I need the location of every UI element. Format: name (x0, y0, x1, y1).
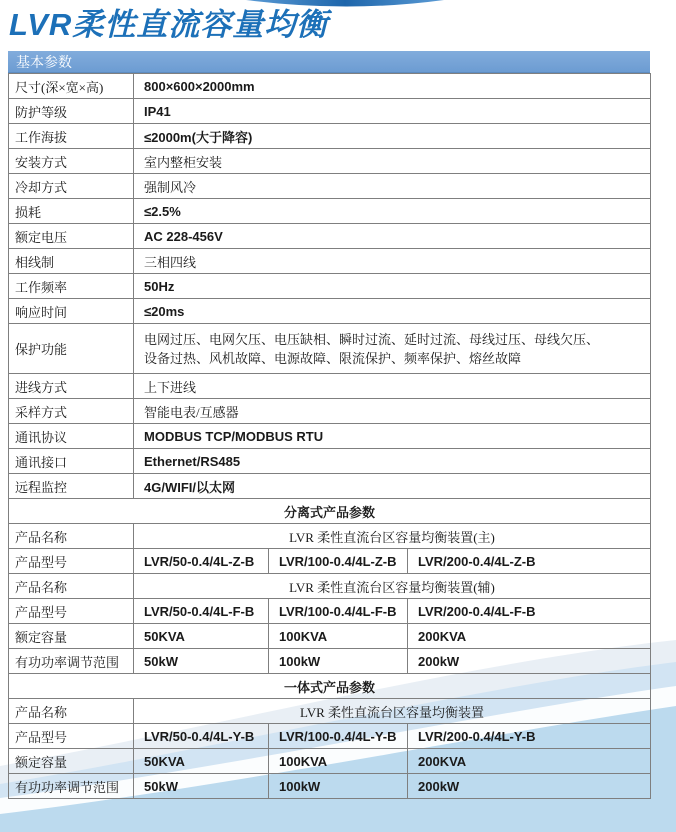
capacity-cell: 200KVA (408, 749, 651, 774)
row-label: 相线制 (9, 249, 134, 274)
model-cell: LVR/50-0.4/4L-Z-B (134, 549, 269, 574)
capacity-cell: 100KVA (269, 749, 408, 774)
table-row-product-name-aux: 产品名称 LVR 柔性直流台区容量均衡装置(辅) (9, 574, 651, 599)
table-row-frequency: 工作频率 50Hz (9, 274, 651, 299)
table-row-remote-monitoring: 远程监控 4G/WIFI/以太网 (9, 474, 651, 499)
table-row-power-range-separate: 有功功率调节范围 50kW 100kW 200kW (9, 649, 651, 674)
row-value: 智能电表/互感器 (134, 399, 651, 424)
table-row-altitude: 工作海拔 ≤2000m(大于降容) (9, 124, 651, 149)
row-label: 产品名称 (9, 574, 134, 599)
table-row-comm-interface: 通讯接口 Ethernet/RS485 (9, 449, 651, 474)
row-value: 50Hz (134, 274, 651, 299)
table-row-protection-functions: 保护功能 电网过压、电网欠压、电压缺相、瞬时过流、延时过流、母线过压、母线欠压、… (9, 324, 651, 374)
table-row-power-range-integrated: 有功功率调节范围 50kW 100kW 200kW (9, 774, 651, 799)
table-row-rated-voltage: 额定电压 AC 228-456V (9, 224, 651, 249)
table-row-model-integrated: 产品型号 LVR/50-0.4/4L-Y-B LVR/100-0.4/4L-Y-… (9, 724, 651, 749)
power-cell: 100kW (269, 649, 408, 674)
capacity-cell: 100KVA (269, 624, 408, 649)
row-value: Ethernet/RS485 (134, 449, 651, 474)
table-row-cooling: 冷却方式 强制风冷 (9, 174, 651, 199)
row-label: 保护功能 (9, 324, 134, 374)
row-value: 4G/WIFI/以太网 (134, 474, 651, 499)
row-label: 损耗 (9, 199, 134, 224)
row-label: 响应时间 (9, 299, 134, 324)
row-value: 强制风冷 (134, 174, 651, 199)
table-row-installation: 安装方式 室内整柜安装 (9, 149, 651, 174)
power-cell: 200kW (408, 774, 651, 799)
row-label: 远程监控 (9, 474, 134, 499)
row-label: 额定电压 (9, 224, 134, 249)
table-row-product-name-integrated: 产品名称 LVR 柔性直流台区容量均衡装置 (9, 699, 651, 724)
protection-line-1: 电网过压、电网欠压、电压缺相、瞬时过流、延时过流、母线过压、母线欠压、 (144, 330, 646, 349)
row-label: 有功功率调节范围 (9, 649, 134, 674)
row-label: 通讯协议 (9, 424, 134, 449)
table-row-dimensions: 尺寸(深×宽×高) 800×600×2000mm (9, 74, 651, 99)
section-header-row-separate: 分离式产品参数 (9, 499, 651, 524)
section-title: 分离式产品参数 (9, 499, 651, 524)
row-label: 产品型号 (9, 549, 134, 574)
model-cell: LVR/200-0.4/4L-Z-B (408, 549, 651, 574)
table-row-loss: 损耗 ≤2.5% (9, 199, 651, 224)
row-label: 产品型号 (9, 599, 134, 624)
basic-params-header-bar: 基本参数 (8, 51, 650, 73)
model-cell: LVR/100-0.4/4L-F-B (269, 599, 408, 624)
row-value: IP41 (134, 99, 651, 124)
row-label: 产品名称 (9, 524, 134, 549)
row-value: ≤20ms (134, 299, 651, 324)
row-label: 产品型号 (9, 724, 134, 749)
row-value: ≤2.5% (134, 199, 651, 224)
power-cell: 100kW (269, 774, 408, 799)
datasheet-page: LVR柔性直流容量均衡 基本参数 尺寸(深×宽×高) 800×600×2000m… (0, 0, 676, 832)
section-title: 一体式产品参数 (9, 674, 651, 699)
row-value: ≤2000m(大于降容) (134, 124, 651, 149)
power-cell: 50kW (134, 649, 269, 674)
row-value: 800×600×2000mm (134, 74, 651, 99)
row-label: 尺寸(深×宽×高) (9, 74, 134, 99)
section-header-row-integrated: 一体式产品参数 (9, 674, 651, 699)
row-value: 电网过压、电网欠压、电压缺相、瞬时过流、延时过流、母线过压、母线欠压、 设备过热… (134, 324, 651, 374)
capacity-cell: 200KVA (408, 624, 651, 649)
table-row-capacity-separate: 额定容量 50KVA 100KVA 200KVA (9, 624, 651, 649)
power-cell: 50kW (134, 774, 269, 799)
table-row-incoming-line: 进线方式 上下进线 (9, 374, 651, 399)
model-cell: LVR/50-0.4/4L-F-B (134, 599, 269, 624)
protection-line-2: 设备过热、风机故障、电源故障、限流保护、频率保护、熔丝故障 (144, 349, 646, 368)
model-cell: LVR/100-0.4/4L-Z-B (269, 549, 408, 574)
row-label: 安装方式 (9, 149, 134, 174)
row-label: 进线方式 (9, 374, 134, 399)
spec-table: 尺寸(深×宽×高) 800×600×2000mm 防护等级 IP41 工作海拔 … (8, 73, 651, 799)
power-cell: 200kW (408, 649, 651, 674)
row-label: 额定容量 (9, 749, 134, 774)
row-value: 上下进线 (134, 374, 651, 399)
table-row-phase-wire: 相线制 三相四线 (9, 249, 651, 274)
row-label: 有功功率调节范围 (9, 774, 134, 799)
capacity-cell: 50KVA (134, 749, 269, 774)
model-cell: LVR/200-0.4/4L-F-B (408, 599, 651, 624)
capacity-cell: 50KVA (134, 624, 269, 649)
model-cell: LVR/200-0.4/4L-Y-B (408, 724, 651, 749)
table-row-protection-rating: 防护等级 IP41 (9, 99, 651, 124)
row-label: 冷却方式 (9, 174, 134, 199)
row-value: 室内整柜安装 (134, 149, 651, 174)
row-value: 三相四线 (134, 249, 651, 274)
table-row-capacity-integrated: 额定容量 50KVA 100KVA 200KVA (9, 749, 651, 774)
row-label: 采样方式 (9, 399, 134, 424)
row-label: 工作频率 (9, 274, 134, 299)
table-row-response-time: 响应时间 ≤20ms (9, 299, 651, 324)
table-row-protocol: 通讯协议 MODBUS TCP/MODBUS RTU (9, 424, 651, 449)
product-name: LVR 柔性直流台区容量均衡装置(辅) (134, 574, 651, 599)
table-row-model-main: 产品型号 LVR/50-0.4/4L-Z-B LVR/100-0.4/4L-Z-… (9, 549, 651, 574)
row-value: AC 228-456V (134, 224, 651, 249)
content: LVR柔性直流容量均衡 基本参数 尺寸(深×宽×高) 800×600×2000m… (0, 0, 676, 832)
model-cell: LVR/50-0.4/4L-Y-B (134, 724, 269, 749)
row-label: 防护等级 (9, 99, 134, 124)
table-row-product-name-main: 产品名称 LVR 柔性直流台区容量均衡装置(主) (9, 524, 651, 549)
row-label: 额定容量 (9, 624, 134, 649)
page-title: LVR柔性直流容量均衡 (0, 0, 676, 43)
product-name: LVR 柔性直流台区容量均衡装置 (134, 699, 651, 724)
row-label: 产品名称 (9, 699, 134, 724)
table-row-model-aux: 产品型号 LVR/50-0.4/4L-F-B LVR/100-0.4/4L-F-… (9, 599, 651, 624)
product-name: LVR 柔性直流台区容量均衡装置(主) (134, 524, 651, 549)
row-value: MODBUS TCP/MODBUS RTU (134, 424, 651, 449)
table-row-sampling: 采样方式 智能电表/互感器 (9, 399, 651, 424)
model-cell: LVR/100-0.4/4L-Y-B (269, 724, 408, 749)
row-label: 工作海拔 (9, 124, 134, 149)
row-label: 通讯接口 (9, 449, 134, 474)
